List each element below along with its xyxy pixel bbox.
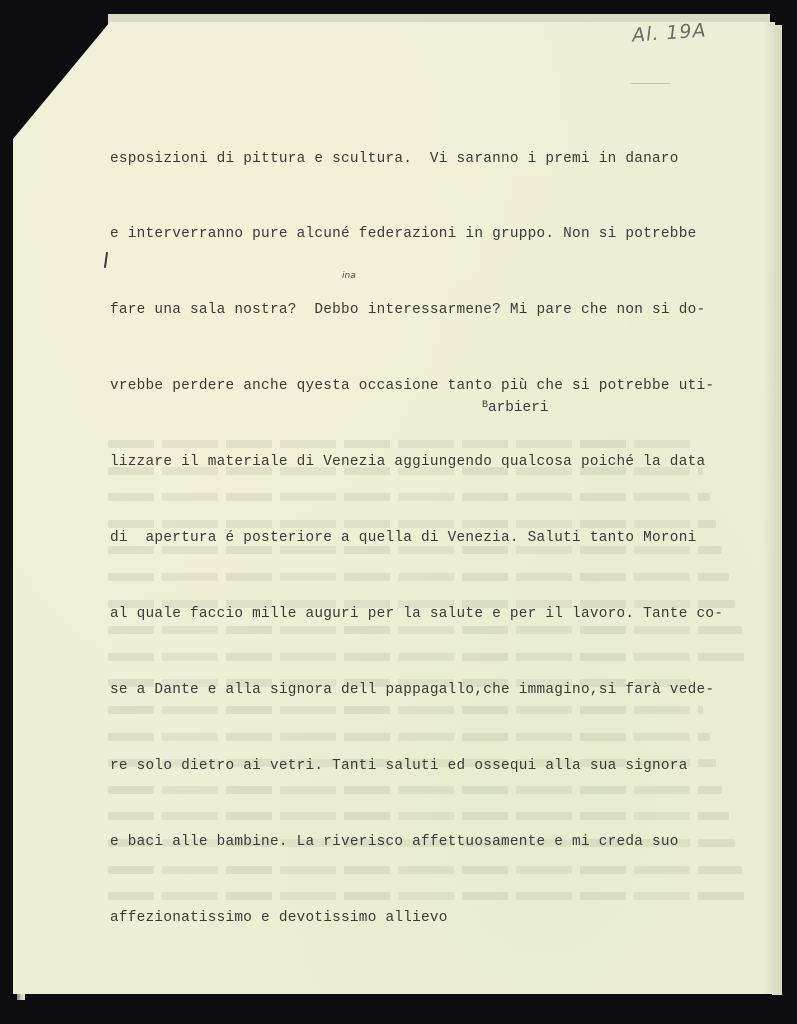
letter-line: esposizioni di pittura e scultura. Vi sa… xyxy=(110,147,750,172)
letter-line: e interverranno pure alcuné federazioni … xyxy=(110,222,750,247)
scan-frame: Al. 19A esposizioni di pittura e scultur… xyxy=(0,0,797,1024)
pencil-mark xyxy=(630,83,670,84)
signature-name: arbieri xyxy=(488,400,548,416)
handwritten-correction: ina xyxy=(342,271,356,281)
letter-line: e baci alle bambine. La riverisco affett… xyxy=(110,830,750,855)
letter-line: di apertura é posteriore a quella di Ven… xyxy=(110,526,750,551)
letter-line: al quale faccio mille auguri per la salu… xyxy=(110,602,750,627)
letter-line: lizzare il materiale di Venezia aggiunge… xyxy=(110,450,750,475)
page-edge-shadow xyxy=(763,22,775,994)
letter-body: esposizioni di pittura e scultura. Vi sa… xyxy=(110,96,750,981)
letter-line: fare una sala nostra? Debbo interessarme… xyxy=(110,298,750,323)
letter-line: vrebbe perdere anche qyesta occasione ta… xyxy=(110,374,750,399)
letter-line: se a Dante e alla signora dell pappagall… xyxy=(110,678,750,703)
letter-line: affezionatissimo e devotissimo allievo xyxy=(110,906,750,931)
letter-line: re solo dietro ai vetri. Tanti saluti ed… xyxy=(110,754,750,779)
signature: Barbieri xyxy=(482,400,548,416)
